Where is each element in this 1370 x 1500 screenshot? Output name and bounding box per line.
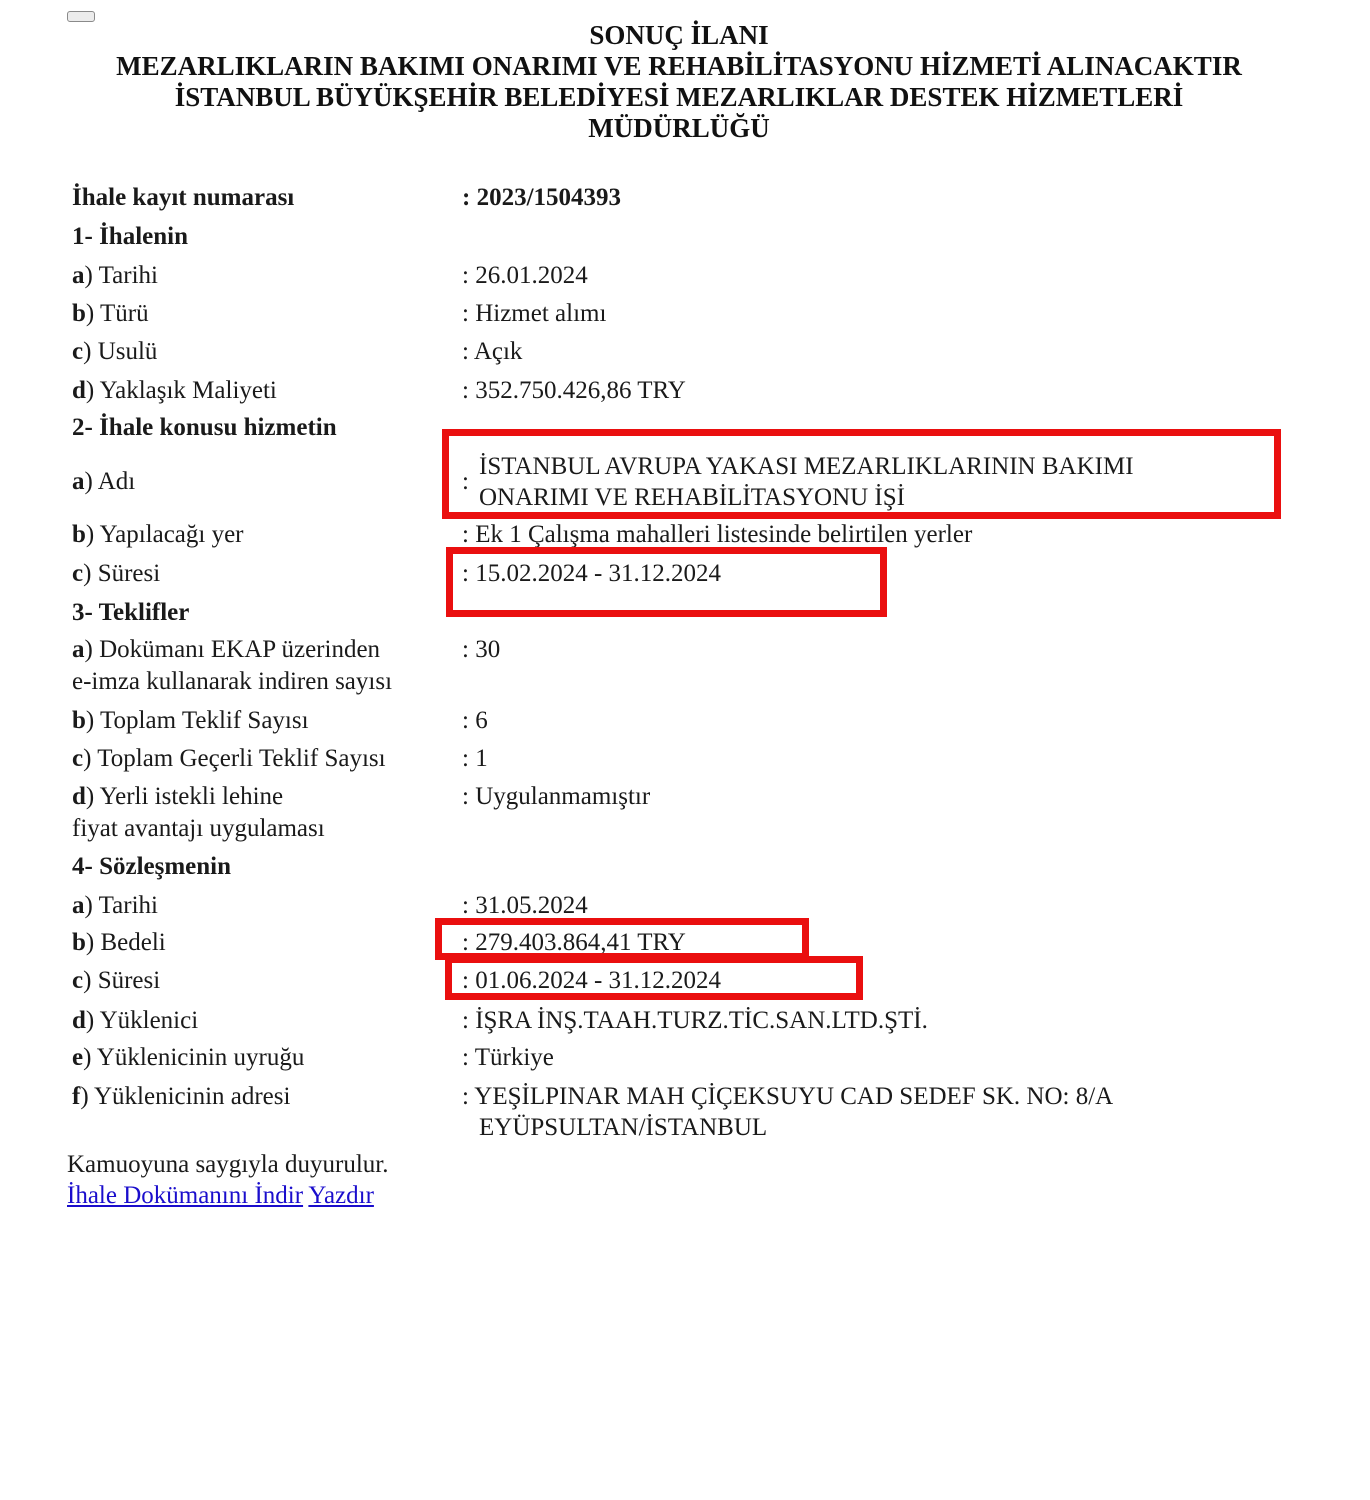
item-value: : Açık [462, 336, 522, 367]
item-letter: c [72, 745, 83, 772]
item-value-line2: EYÜPSULTAN/İSTANBUL [479, 1112, 767, 1143]
item-value: : 30 [462, 634, 500, 665]
item-letter: a [72, 262, 85, 289]
header-subject: MEZARLIKLARIN BAKIMI ONARIMI VE REHABİLİ… [0, 51, 1358, 82]
item-value: : Ek 1 Çalışma mahalleri listesinde beli… [462, 519, 972, 550]
item-letter: e [72, 1044, 83, 1071]
item-value: : 31.05.2024 [462, 890, 588, 921]
footer: Kamuoyuna saygıyla duyurulur. İhale Dokü… [67, 1149, 388, 1211]
section-3-title: 3- Teklifler [72, 597, 189, 628]
download-document-link[interactable]: İhale Dokümanını İndir [67, 1182, 303, 1209]
item-letter: d [72, 1007, 86, 1034]
item-label: Süresi [98, 560, 161, 587]
item-value: : Türkiye [462, 1042, 554, 1073]
item-label: Toplam Geçerli Teklif Sayısı [97, 745, 385, 772]
item-label: Yüklenicinin uyruğu [97, 1044, 305, 1071]
item-label: Yüklenici [100, 1007, 199, 1034]
item-letter: b [72, 521, 86, 548]
item-letter: a [72, 892, 85, 919]
highlight-service-name [442, 429, 1281, 519]
highlight-service-duration [446, 547, 887, 617]
item-label: Usulü [98, 338, 158, 365]
item-value: : İŞRA İNŞ.TAAH.TURZ.TİC.SAN.LTD.ŞTİ. [462, 1005, 928, 1036]
registration-label: İhale kayıt numarası [72, 182, 294, 213]
registration-value: : 2023/1504393 [462, 182, 621, 213]
section-2-title: 2- İhale konusu hizmetin [72, 412, 337, 443]
item-label: Yüklenicinin adresi [94, 1083, 290, 1110]
item-letter: f [72, 1083, 80, 1110]
item-letter: b [72, 300, 86, 327]
highlight-contract-duration [445, 956, 863, 1000]
item-label: Tarihi [99, 262, 158, 289]
header-institution: İSTANBUL BÜYÜKŞEHİR BELEDİYESİ MEZARLIKL… [0, 82, 1358, 113]
item-value: : 1 [462, 743, 488, 774]
item-letter: a [72, 636, 85, 663]
item-label: Dokümanı EKAP üzerinden [99, 636, 380, 663]
item-letter: c [72, 338, 83, 365]
item-value: : Hizmet alımı [462, 298, 606, 329]
closing-text: Kamuoyuna saygıyla duyurulur. [67, 1149, 388, 1180]
highlight-contract-price [435, 918, 809, 960]
item-label: Adı [98, 468, 136, 495]
item-label: Yapılacağı yer [100, 521, 244, 548]
header-title: SONUÇ İLANI [0, 20, 1358, 51]
item-label-line2: e-imza kullanarak indiren sayısı [72, 666, 392, 697]
item-letter: d [72, 377, 86, 404]
item-letter: c [72, 560, 83, 587]
item-letter: d [72, 783, 86, 810]
item-label: Türü [100, 300, 149, 327]
section-1-title: 1- İhalenin [72, 221, 188, 252]
item-label: Yaklaşık Maliyeti [100, 377, 277, 404]
header-department: MÜDÜRLÜĞÜ [0, 113, 1358, 144]
section-4-title: 4- Sözleşmenin [72, 851, 231, 882]
item-value: : YEŞİLPINAR MAH ÇİÇEKSUYU CAD SEDEF SK.… [462, 1081, 1113, 1112]
item-value: : Uygulanmamıştır [462, 781, 650, 812]
item-value: : 352.750.426,86 TRY [462, 375, 686, 406]
item-letter: b [72, 929, 86, 956]
item-label: Toplam Teklif Sayısı [100, 707, 309, 734]
item-label-line2: fiyat avantajı uygulaması [72, 813, 325, 844]
item-label: Yerli istekli lehine [100, 783, 284, 810]
item-value: : 6 [462, 705, 488, 736]
item-label: Bedeli [100, 929, 165, 956]
item-letter: c [72, 967, 83, 994]
item-letter: a [72, 468, 85, 495]
print-link[interactable]: Yazdır [308, 1182, 374, 1209]
item-letter: b [72, 707, 86, 734]
item-label: Süresi [98, 967, 161, 994]
item-value: : 26.01.2024 [462, 260, 588, 291]
announcement-header: SONUÇ İLANI MEZARLIKLARIN BAKIMI ONARIMI… [0, 20, 1358, 144]
item-label: Tarihi [99, 892, 158, 919]
